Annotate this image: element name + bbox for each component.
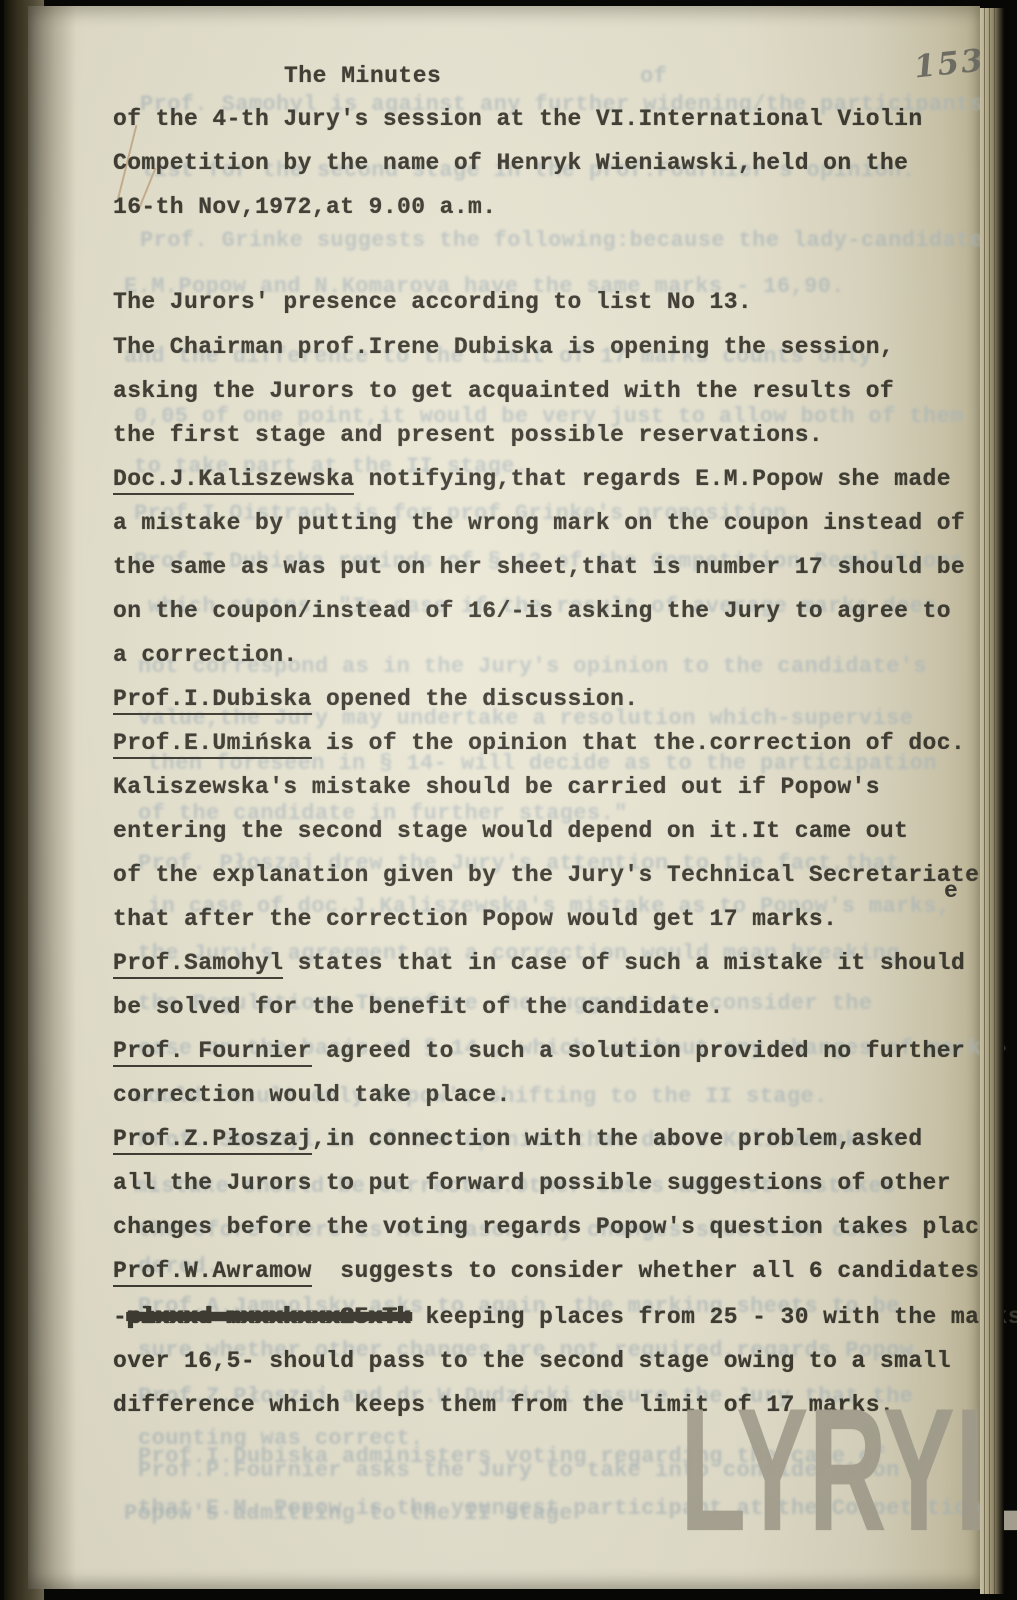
typed-text: states that in case of such a mistake it… [283, 950, 965, 976]
underlined-name: Prof.E.Umińska [113, 730, 312, 759]
typed-line: correction would take place. [113, 1082, 511, 1109]
typed-text: be solved for the benefit of the candida… [113, 994, 724, 1020]
typed-line: on the coupon/instead of 16/-is asking t… [113, 598, 951, 625]
bleed-through-line: of [640, 64, 667, 89]
struck-out-text: płxxxd mxxxkxxx25xTk [127, 1304, 411, 1330]
typed-line: Prof.E.Umińska is of the opinion that th… [113, 730, 965, 757]
typed-text: asking the Jurors to get acquainted with… [113, 378, 894, 404]
typed-text: 16-th Nov,1972,at 9.00 a.m. [113, 194, 496, 220]
typed-line: Prof.I.Dubiska opened the discussion. [113, 686, 639, 713]
typed-text: of the explanation given by the Jury's T… [113, 862, 979, 888]
typed-text: opened the discussion. [312, 686, 639, 712]
typed-line: Doc.J.Kaliszewska notifying,that regards… [113, 466, 951, 493]
stray-typed-character: e [944, 878, 958, 904]
underlined-name: Prof.W.Awramow [113, 1258, 312, 1287]
typed-text: Kaliszewska's mistake should be carried … [113, 774, 880, 800]
typed-line: that after the correction Popow would ge… [113, 906, 837, 933]
typed-text: - [113, 1304, 127, 1330]
typed-text: a correction. [113, 642, 298, 668]
page-stack-edge [980, 8, 1004, 1594]
typed-text: correction would take place. [113, 1082, 511, 1108]
typed-line: the first stage and present possible res… [113, 422, 823, 449]
typed-line: of the explanation given by the Jury's T… [113, 862, 979, 889]
typed-line: of the 4-th Jury's session at the VI.Int… [113, 106, 923, 133]
typed-text: agreed to such a solution provided no fu… [312, 1038, 965, 1064]
typed-text: a mistake by putting the wrong mark on t… [113, 510, 965, 536]
typed-text: The Jurors' presence according to list N… [113, 289, 752, 315]
page-edge-line [994, 8, 995, 1594]
typed-line: the same as was put on her sheet,that is… [113, 554, 965, 581]
typed-line: The Chairman prof.Irene Dubiska is openi… [113, 334, 894, 361]
watermark-text: LYRYL [680, 1368, 1017, 1577]
typed-line: -płxxxd mxxxkxxx25xTk keeping places fro… [113, 1304, 1017, 1331]
underlined-name: Prof. Fournier [113, 1038, 312, 1067]
typed-line: Prof.Z.Płoszaj,in connection with the ab… [113, 1126, 923, 1153]
typed-text: keeping places from 25 - 30 with the mar… [411, 1304, 1017, 1330]
typed-line: The Jurors' presence according to list N… [113, 289, 752, 316]
page-edge-line [989, 8, 990, 1594]
typed-line: all the Jurors to put forward possible s… [113, 1170, 951, 1197]
typed-line: a mistake by putting the wrong mark on t… [113, 510, 965, 537]
typed-text: is of the opinion that the.correction of… [312, 730, 965, 756]
typed-text: Competition by the name of Henryk Wienia… [113, 150, 908, 176]
typed-text: the same as was put on her sheet,that is… [113, 554, 965, 580]
page-edge-line [984, 8, 985, 1594]
document-page: ofProf. Samohyl is against any further w… [28, 6, 980, 1589]
typed-text: all the Jurors to put forward possible s… [113, 1170, 951, 1196]
underlined-name: Prof.Samohyl [113, 950, 283, 979]
scanned-document: ofProf. Samohyl is against any further w… [0, 0, 1017, 1600]
typed-line: Prof.W.Awramow suggests to consider whet… [113, 1258, 979, 1285]
typed-line: asking the Jurors to get acquainted with… [113, 378, 894, 405]
typed-text: that after the correction Popow would ge… [113, 906, 837, 932]
handwritten-page-number: 153 [912, 42, 986, 85]
underlined-name: Doc.J.Kaliszewska [113, 466, 354, 495]
typed-line: changes before the voting regards Popow'… [113, 1214, 1008, 1241]
typed-text: ,in connection with the above problem,as… [312, 1126, 923, 1152]
typed-line: Prof.Samohyl states that in case of such… [113, 950, 965, 977]
typed-line: Competition by the name of Henryk Wienia… [113, 150, 908, 177]
typed-line: Prof. Fournier agreed to such a solution… [113, 1038, 965, 1065]
typed-line: entering the second stage would depend o… [113, 818, 908, 845]
typed-line: a correction. [113, 642, 298, 669]
underlined-name: Prof.I.Dubiska [113, 686, 312, 715]
typed-text: notifying,that regards E.M.Popow she mad… [354, 466, 951, 492]
typed-text: The Chairman prof.Irene Dubiska is openi… [113, 334, 894, 360]
bleed-through-line: Popow's admitting to the II stage [124, 1501, 573, 1526]
typed-text: the first stage and present possible res… [113, 422, 823, 448]
underlined-name: Prof.Z.Płoszaj [113, 1126, 312, 1155]
typed-line: Kaliszewska's mistake should be carried … [113, 774, 880, 801]
typed-line: 16-th Nov,1972,at 9.00 a.m. [113, 194, 496, 221]
typed-text: entering the second stage would depend o… [113, 818, 908, 844]
document-title: The Minutes [284, 63, 441, 89]
typed-text: suggests to consider whether all 6 candi… [312, 1258, 980, 1284]
typed-text: of the 4-th Jury's session at the VI.Int… [113, 106, 923, 132]
typed-line: be solved for the benefit of the candida… [113, 994, 724, 1021]
typed-text: changes before the voting regards Popow'… [113, 1214, 1008, 1240]
typed-text: on the coupon/instead of 16/-is asking t… [113, 598, 951, 624]
bleed-through-line: Prof. Grinke suggests the following:beca… [140, 228, 997, 253]
